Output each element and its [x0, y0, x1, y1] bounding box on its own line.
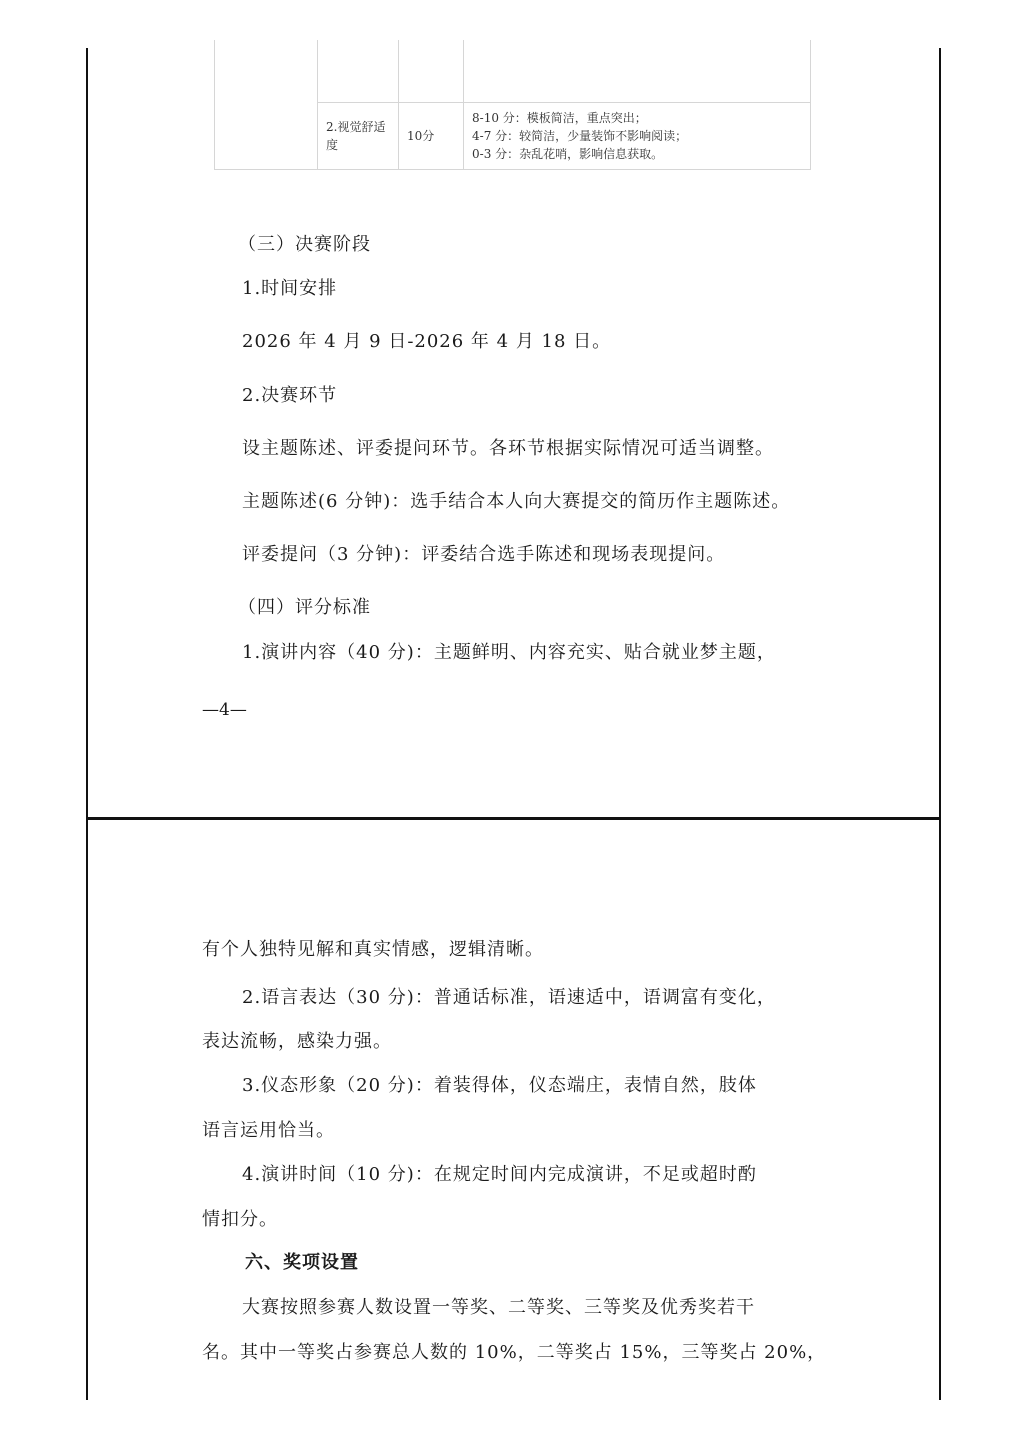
table-cell-item: 2.视觉舒适度 — [318, 103, 399, 170]
paragraph: 4.演讲时间（10 分)：在规定时间内完成演讲，不足或超时酌 — [242, 1160, 757, 1186]
paragraph: 名。其中一等奖占参赛总人数的 10%，二等奖占 15%，三等奖占 20%， — [202, 1338, 826, 1364]
page-separator — [86, 817, 941, 820]
section-heading: （三）决赛阶段 — [238, 230, 371, 256]
page-border-right — [939, 48, 941, 1400]
paragraph: 情扣分。 — [202, 1205, 278, 1231]
section-heading: 六、奖项设置 — [245, 1248, 359, 1274]
criteria-line: 0-3 分：杂乱花哨，影响信息获取。 — [472, 145, 802, 163]
page-number: —4— — [202, 700, 247, 720]
section-heading: （四）评分标准 — [238, 593, 371, 619]
subheading: 2.决赛环节 — [242, 381, 337, 407]
table-cell-criteria — [464, 40, 811, 103]
paragraph: 主题陈述(6 分钟)：选手结合本人向大赛提交的简历作主题陈述。 — [242, 487, 790, 513]
paragraph: 语言运用恰当。 — [202, 1116, 335, 1142]
table-row — [215, 40, 811, 103]
paragraph: 设主题陈述、评委提问环节。各环节根据实际情况可适当调整。 — [242, 434, 774, 460]
table-cell-criteria: 8-10 分：模板简洁，重点突出； 4-7 分：较简洁，少量装饰不影响阅读； 0… — [464, 103, 811, 170]
paragraph: 2.语言表达（30 分)：普通话标准，语速适中，语调富有变化， — [242, 983, 776, 1009]
subheading: 1.时间安排 — [242, 274, 337, 300]
criteria-line: 4-7 分：较简洁，少量装饰不影响阅读； — [472, 127, 802, 145]
page-border-left — [86, 48, 88, 1400]
table-cell-category — [215, 40, 318, 170]
paragraph: 有个人独特见解和真实情感，逻辑清晰。 — [202, 935, 544, 961]
table-cell-score — [399, 40, 464, 103]
paragraph: 3.仪态形象（20 分)：着装得体，仪态端庄，表情自然，肢体 — [242, 1071, 757, 1097]
paragraph: 1.演讲内容（40 分)：主题鲜明、内容充实、贴合就业梦主题， — [242, 638, 776, 664]
paragraph: 评委提问（3 分钟)：评委结合选手陈述和现场表现提问。 — [242, 540, 725, 566]
scoring-table: 2.视觉舒适度 10分 8-10 分：模板简洁，重点突出； 4-7 分：较简洁，… — [214, 40, 811, 170]
paragraph: 大赛按照参赛人数设置一等奖、二等奖、三等奖及优秀奖若干 — [242, 1293, 755, 1319]
paragraph: 表达流畅，感染力强。 — [202, 1027, 392, 1053]
table-cell-score: 10分 — [399, 103, 464, 170]
paragraph: 2026 年 4 月 9 日-2026 年 4 月 18 日。 — [242, 327, 611, 353]
criteria-line: 8-10 分：模板简洁，重点突出； — [472, 109, 802, 127]
table-cell-item — [318, 40, 399, 103]
